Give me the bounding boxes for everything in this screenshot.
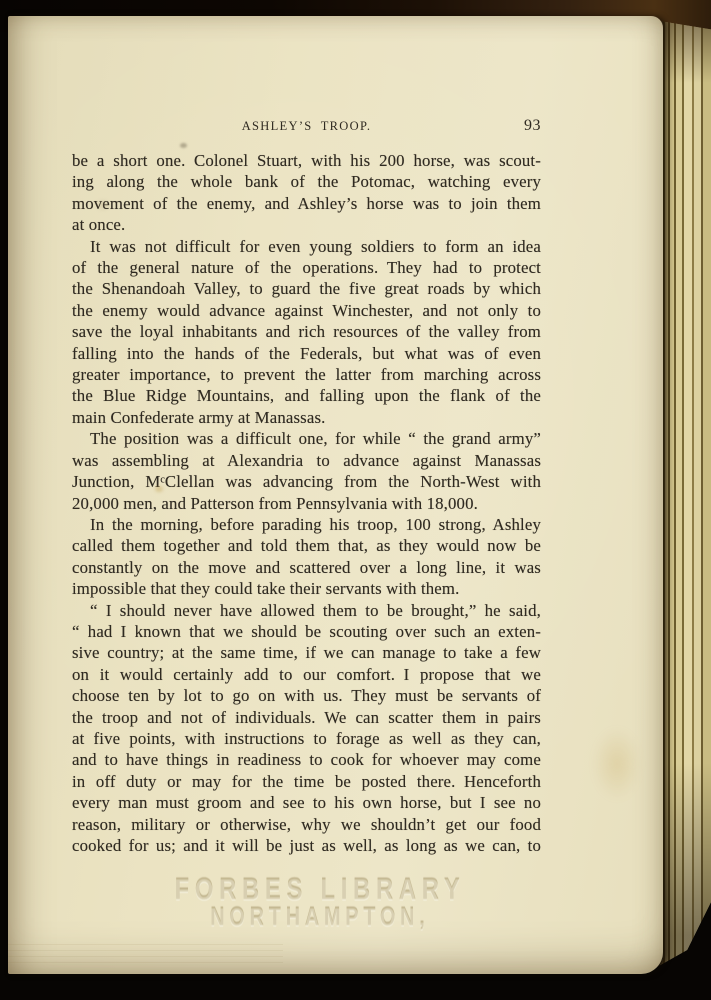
text-line: constantly on the move and scattered ove… xyxy=(72,557,541,578)
library-stamp-line-2: NORTHAMPTON, xyxy=(64,903,576,933)
paragraph: The position was a difficult one, for wh… xyxy=(72,428,541,514)
text-line: It was not difficult for even young sold… xyxy=(72,236,541,257)
running-header: ASHLEY’S TROOP. 93 xyxy=(72,119,541,137)
text-line: “ I should never have allowed them to be… xyxy=(72,600,541,621)
page-header-title: ASHLEY’S TROOP. xyxy=(242,119,372,133)
stacked-page-edges xyxy=(658,16,711,974)
paper-speck xyxy=(180,143,187,148)
paragraph: “ I should never have allowed them to be… xyxy=(72,600,541,857)
text-line: in off duty or may for the time be poste… xyxy=(72,771,541,792)
text-line: be a short one. Colonel Stuart, with his… xyxy=(72,150,541,171)
text-line: Junction, MᶜClellan was advancing from t… xyxy=(72,471,541,492)
text-line: reason, military or otherwise, why we sh… xyxy=(72,814,541,835)
text-line: The position was a difficult one, for wh… xyxy=(72,428,541,449)
page-number: 93 xyxy=(524,117,541,135)
paragraph: In the morning, before parading his troo… xyxy=(72,514,541,600)
text-line: at five points, with instructions to for… xyxy=(72,728,541,749)
text-line: choose ten by lot to go on with us. They… xyxy=(72,685,541,706)
text-line: sive country; at the same time, if we ca… xyxy=(72,642,541,663)
text-line: “ had I known that we should be scouting… xyxy=(72,621,541,642)
paper-stain xyxy=(593,728,641,800)
text-line: falling into the hands of the Federals, … xyxy=(72,343,541,364)
book-scan: ASHLEY’S TROOP. 93 be a short one. Colon… xyxy=(0,0,711,1000)
text-line: called them together and told them that,… xyxy=(72,535,541,556)
text-line: at once. xyxy=(72,214,541,235)
text-line: the Shenandoah Valley, to guard the five… xyxy=(72,278,541,299)
text-line: In the morning, before parading his troo… xyxy=(72,514,541,535)
book-fore-edge xyxy=(658,16,711,974)
text-line: the enemy would advance against Winchest… xyxy=(72,300,541,321)
text-line: ing along the whole bank of the Potomac,… xyxy=(72,171,541,192)
text-line: of the general nature of the operations.… xyxy=(72,257,541,278)
book-page: ASHLEY’S TROOP. 93 be a short one. Colon… xyxy=(8,16,663,974)
text-line: greater importance, to prevent the latte… xyxy=(72,364,541,385)
text-line: the troop and not of individuals. We can… xyxy=(72,707,541,728)
text-line: 20,000 men, and Patterson from Pennsylva… xyxy=(72,493,541,514)
text-line: was assembling at Alexandria to advance … xyxy=(72,450,541,471)
text-line: the Blue Ridge Mountains, and falling up… xyxy=(72,385,541,406)
text-line: and to have things in readiness to cook … xyxy=(72,749,541,770)
paragraph: It was not difficult for even young sold… xyxy=(72,236,541,429)
text-line: impossible that they could take their se… xyxy=(72,578,541,599)
paragraph: be a short one. Colonel Stuart, with his… xyxy=(72,150,541,236)
text-line: cooked for us; and it will be just as we… xyxy=(72,835,541,856)
text-line: on it would certainly add to our comfort… xyxy=(72,664,541,685)
text-line: main Confederate army at Manassas. xyxy=(72,407,541,428)
text-line: every man must groom and see to his own … xyxy=(72,792,541,813)
text-line: save the loyal inhabitants and rich reso… xyxy=(72,321,541,342)
text-line: movement of the enemy, and Ashley’s hors… xyxy=(72,193,541,214)
body-text: be a short one. Colonel Stuart, with his… xyxy=(72,150,541,856)
